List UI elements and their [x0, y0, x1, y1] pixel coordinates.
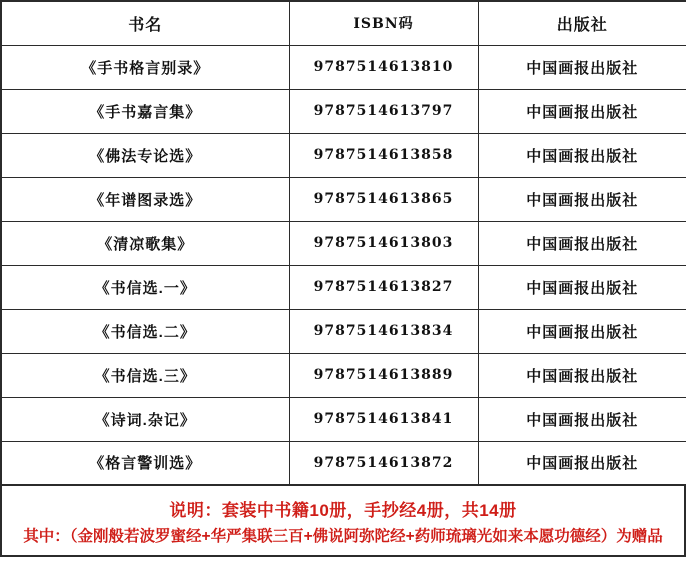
book-table-body: 《手书格言别录》9787514613810中国画报出版社《手书嘉言集》97875… [1, 45, 686, 485]
publisher-cell: 中国画报出版社 [478, 265, 686, 309]
isbn-cell: 9787514613865 [289, 177, 478, 221]
publisher-cell: 中国画报出版社 [478, 133, 686, 177]
book-title-cell: 《手书格言别录》 [1, 45, 289, 89]
publisher-cell: 中国画报出版社 [478, 89, 686, 133]
table-row: 《年谱图录选》9787514613865中国画报出版社 [1, 177, 686, 221]
isbn-cell: 9787514613834 [289, 309, 478, 353]
book-title-cell: 《书信选.三》 [1, 353, 289, 397]
isbn-cell: 9787514613858 [289, 133, 478, 177]
note-line-summary: 说明：套装中书籍10册，手抄经4册，共14册 [169, 496, 516, 521]
book-title-cell: 《格言警训选》 [1, 441, 289, 485]
publisher-cell: 中国画报出版社 [478, 177, 686, 221]
header-isbn: ISBN码 [289, 1, 478, 45]
publisher-cell: 中国画报出版社 [478, 309, 686, 353]
isbn-cell: 9787514613827 [289, 265, 478, 309]
isbn-cell: 9787514613841 [289, 397, 478, 441]
book-title-cell: 《书信选.一》 [1, 265, 289, 309]
table-row: 《手书格言别录》9787514613810中国画报出版社 [1, 45, 686, 89]
table-row: 《诗词.杂记》9787514613841中国画报出版社 [1, 397, 686, 441]
book-title-cell: 《手书嘉言集》 [1, 89, 289, 133]
isbn-cell: 9787514613889 [289, 353, 478, 397]
table-row: 《书信选.二》9787514613834中国画报出版社 [1, 309, 686, 353]
book-table: 书名 ISBN码 出版社 《手书格言别录》9787514613810中国画报出版… [0, 0, 686, 486]
table-row: 《清凉歌集》9787514613803中国画报出版社 [1, 221, 686, 265]
publisher-cell: 中国画报出版社 [478, 397, 686, 441]
publisher-cell: 中国画报出版社 [478, 45, 686, 89]
publisher-cell: 中国画报出版社 [478, 353, 686, 397]
publisher-cell: 中国画报出版社 [478, 441, 686, 485]
book-title-cell: 《清凉歌集》 [1, 221, 289, 265]
isbn-cell: 9787514613810 [289, 45, 478, 89]
publisher-cell: 中国画报出版社 [478, 221, 686, 265]
note-box: 说明：套装中书籍10册，手抄经4册，共14册 其中：（金刚般若波罗蜜经+华严集联… [0, 486, 686, 557]
table-row: 《格言警训选》9787514613872中国画报出版社 [1, 441, 686, 485]
header-publisher: 出版社 [478, 1, 686, 45]
header-book-title: 书名 [1, 1, 289, 45]
note-line-gifts: 其中：（金刚般若波罗蜜经+华严集联三百+佛说阿弥陀经+药师琉璃光如来本愿功德经）… [2, 524, 684, 546]
book-title-cell: 《佛法专论选》 [1, 133, 289, 177]
table-row: 《手书嘉言集》9787514613797中国画报出版社 [1, 89, 686, 133]
book-title-cell: 《书信选.二》 [1, 309, 289, 353]
table-row: 《佛法专论选》9787514613858中国画报出版社 [1, 133, 686, 177]
book-title-cell: 《诗词.杂记》 [1, 397, 289, 441]
table-header-row: 书名 ISBN码 出版社 [1, 1, 686, 45]
table-row: 《书信选.一》9787514613827中国画报出版社 [1, 265, 686, 309]
isbn-cell: 9787514613872 [289, 441, 478, 485]
book-title-cell: 《年谱图录选》 [1, 177, 289, 221]
isbn-cell: 9787514613797 [289, 89, 478, 133]
table-row: 《书信选.三》9787514613889中国画报出版社 [1, 353, 686, 397]
isbn-cell: 9787514613803 [289, 221, 478, 265]
